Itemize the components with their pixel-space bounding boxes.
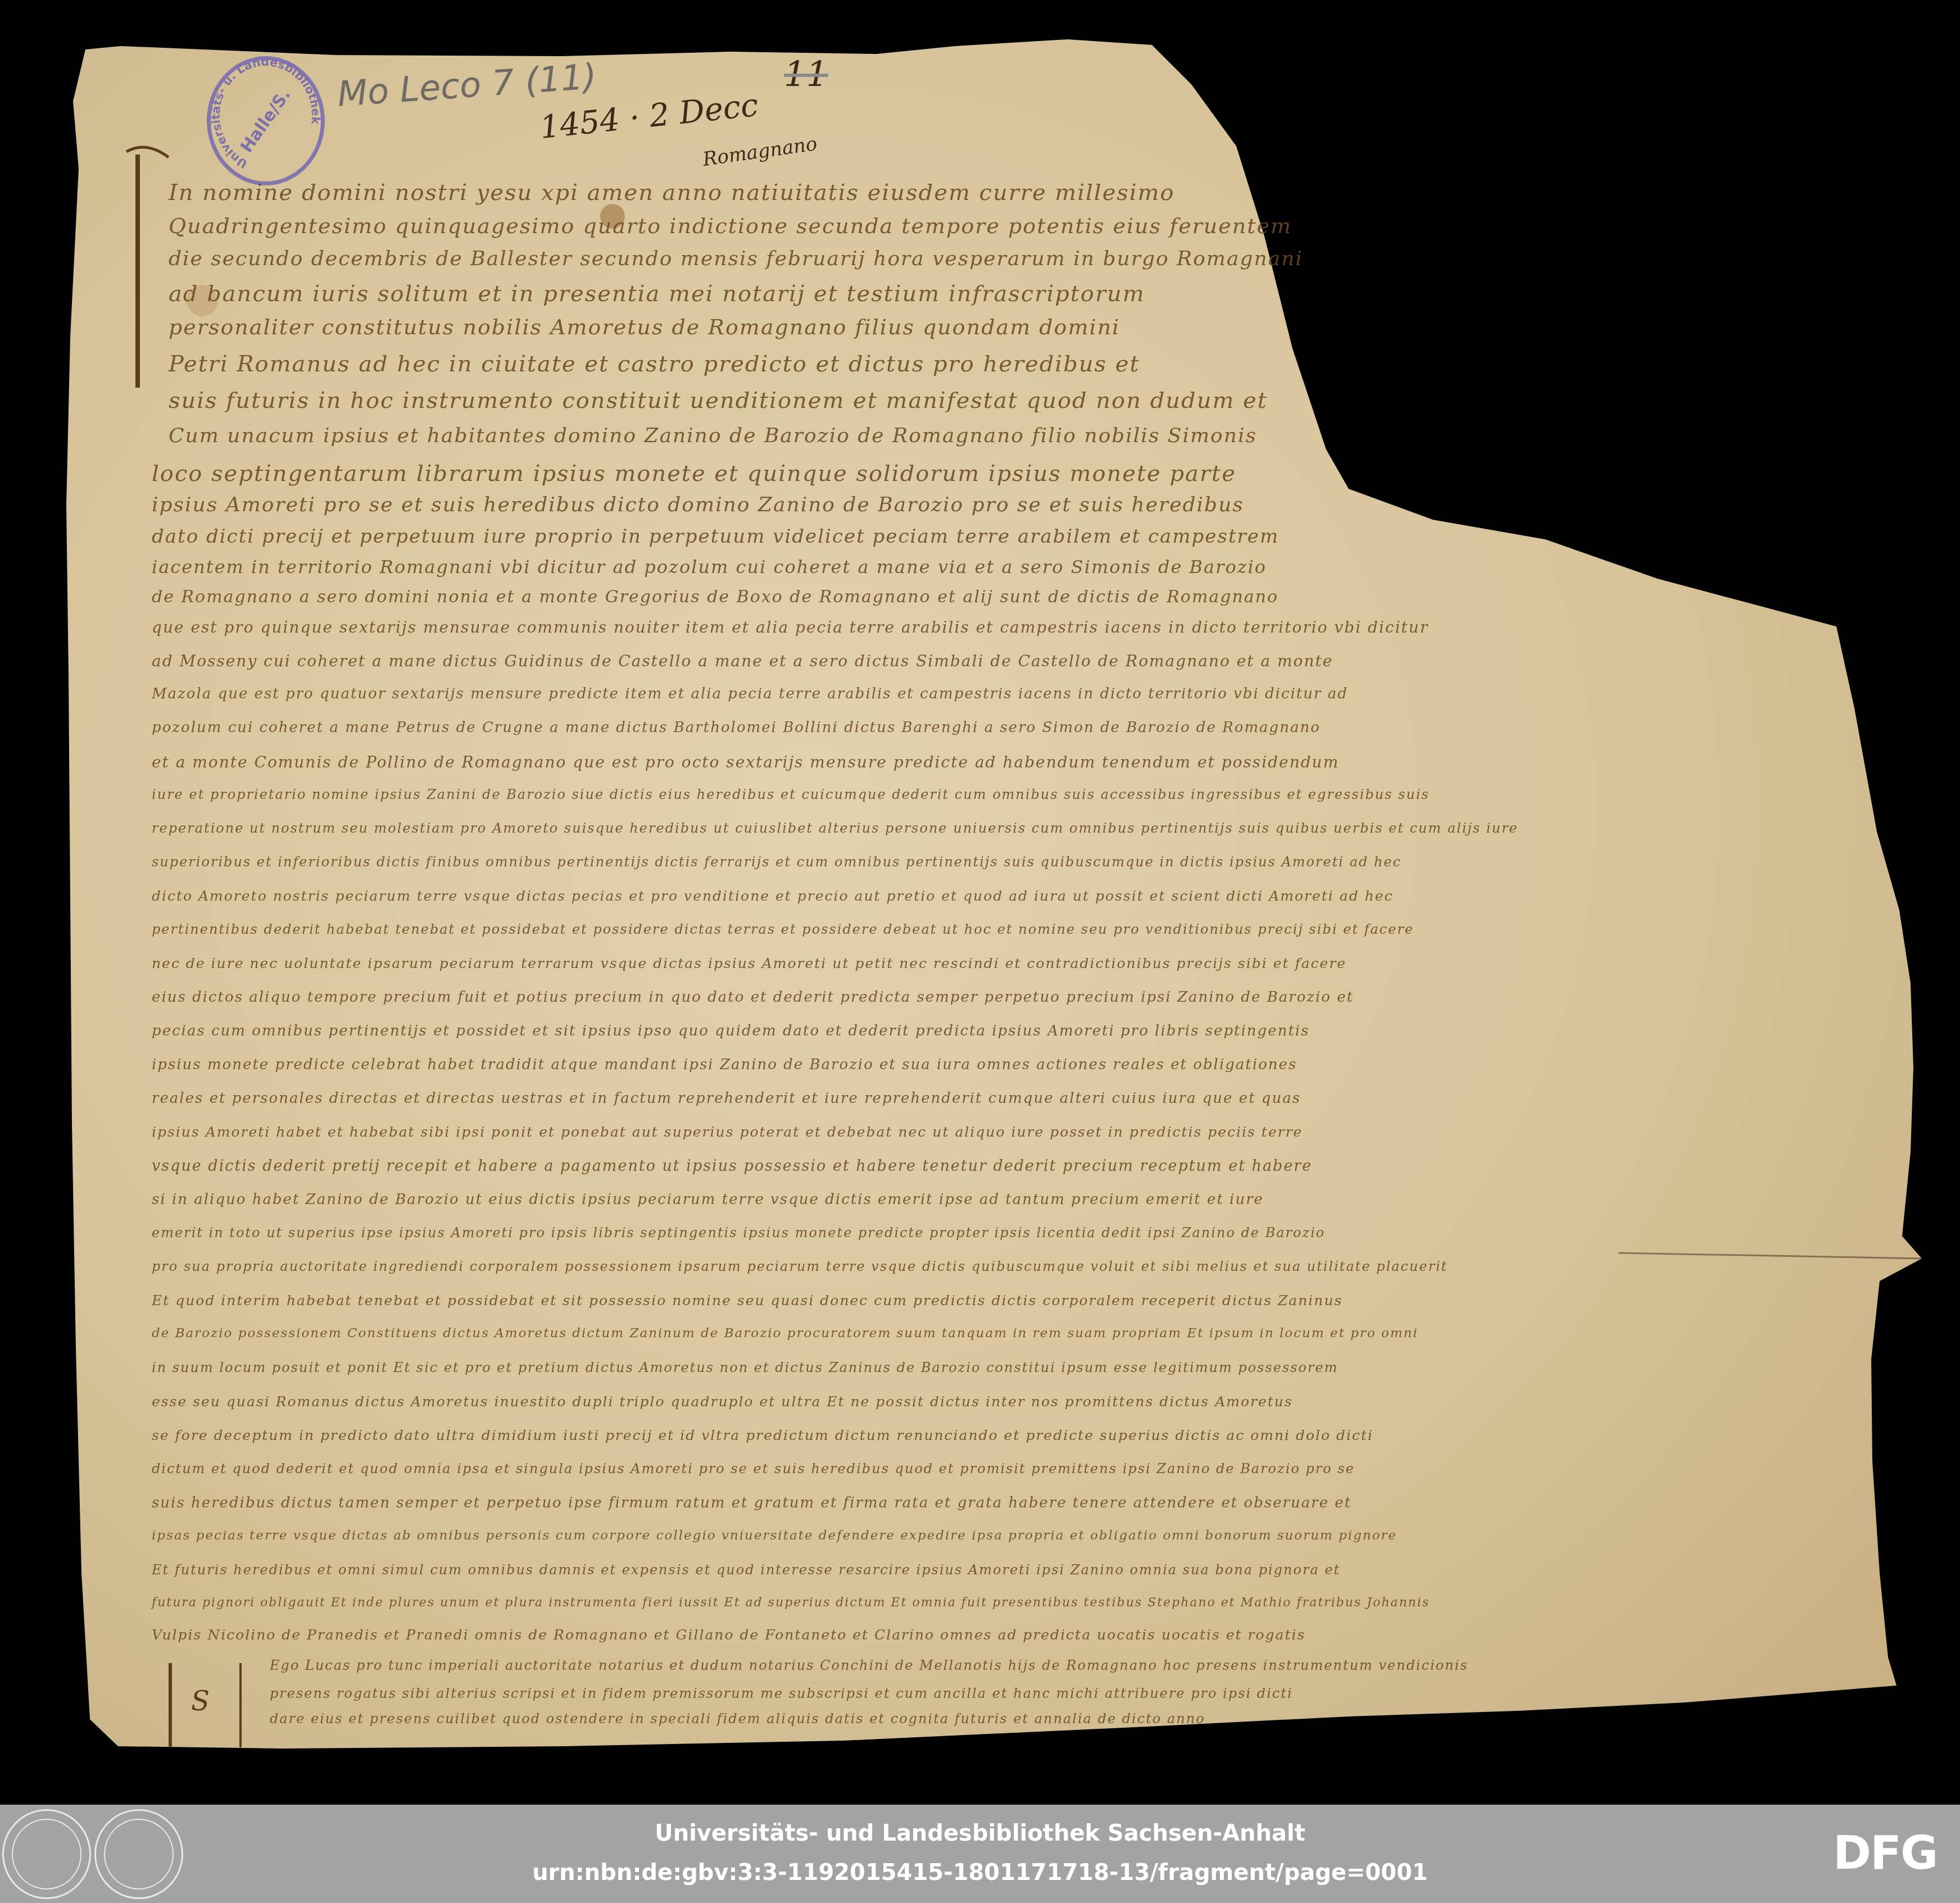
text-line: loco septingentarum librarum ipsius mone… bbox=[152, 461, 1236, 487]
text-line: se fore deceptum in predicto dato ultra … bbox=[152, 1427, 1373, 1443]
text-line: iacentem in territorio Romagnani vbi dic… bbox=[152, 556, 1267, 578]
text-line: nec de iure nec uoluntate ipsarum peciar… bbox=[152, 955, 1346, 971]
text-line: Quadringentesimo quinquagesimo quarto in… bbox=[169, 214, 1292, 238]
text-line: superioribus et inferioribus dictis fini… bbox=[152, 854, 1401, 870]
text-line: et a monte Comunis de Pollino de Romagna… bbox=[152, 753, 1339, 771]
text-line: dictum et quod dederit et quod omnia ips… bbox=[152, 1461, 1355, 1477]
text-line: de Barozio possessionem Constituens dict… bbox=[152, 1326, 1418, 1341]
text-line: Petri Romanus ad hec in ciuitate et cast… bbox=[169, 351, 1140, 377]
text-line: ipsius Amoreti habet et habebat sibi ips… bbox=[152, 1124, 1303, 1140]
text-line: ad Mosseny cui coheret a mane dictus Gui… bbox=[152, 652, 1333, 670]
text-line: futura pignori obligauit Et inde plures … bbox=[152, 1596, 1430, 1610]
struck-number: 11 bbox=[784, 53, 828, 94]
text-line: pro sua propria auctoritate ingrediendi … bbox=[152, 1259, 1448, 1274]
text-line: eius dictos aliquo tempore precium fuit … bbox=[152, 989, 1354, 1006]
text-line: ipsius Amoreti pro se et suis heredibus … bbox=[152, 493, 1244, 516]
text-line: suis heredibus dictus tamen semper et pe… bbox=[152, 1495, 1351, 1511]
library-stamp: Universitäts- u. Landesbibliothek Halle/… bbox=[207, 56, 325, 185]
text-line: esse seu quasi Romanus dictus Amoretus i… bbox=[152, 1393, 1293, 1410]
dfg-logo: DFG bbox=[1833, 1831, 1937, 1877]
text-line: si in aliquo habet Zanino de Barozio ut … bbox=[152, 1191, 1264, 1208]
text-line: Mazola que est pro quatuor sextarijs men… bbox=[152, 685, 1348, 702]
text-line: dato dicti precij et perpetuum iure prop… bbox=[152, 525, 1279, 548]
text-line: ad bancum iuris solitum et in presentia … bbox=[169, 281, 1145, 307]
text-line: die secundo decembris de Ballester secun… bbox=[169, 247, 1303, 270]
text-line: presens rogatus sibi alterius scripsi et… bbox=[270, 1686, 1293, 1701]
text-line: dare eius et presens cuilibet quod osten… bbox=[270, 1711, 1205, 1727]
text-line: de Romagnano a sero domini nonia et a mo… bbox=[152, 587, 1278, 607]
text-line: In nomine domini nostri yesu xpi amen an… bbox=[169, 180, 1011, 206]
text-line: reales et personales directas et directa… bbox=[152, 1090, 1301, 1107]
text-line: dicto Amoreto nostris peciarum terre vsq… bbox=[152, 888, 1394, 904]
text-line: ipsas pecias terre vsque dictas ab omnib… bbox=[152, 1528, 1397, 1543]
text-line: suis futuris in hoc instrumento constitu… bbox=[169, 388, 1268, 414]
text-line: in suum locum posuit et ponit Et sic et … bbox=[152, 1360, 1338, 1375]
manuscript-scan: Universitäts- u. Landesbibliothek Halle/… bbox=[0, 0, 1960, 1805]
text-line: reperatione ut nostrum seu molestiam pro… bbox=[152, 820, 1518, 836]
notarial-initial-letter: S bbox=[191, 1686, 210, 1717]
institution-name: Universitäts- und Landesbibliothek Sachs… bbox=[0, 1820, 1960, 1846]
text-line: Ego Lucas pro tunc imperiali auctoritate… bbox=[270, 1657, 1468, 1673]
text-line: emerit in toto ut superius ipse ipsius A… bbox=[152, 1225, 1325, 1241]
text-line: que est pro quinque sextarijs mensurae c… bbox=[152, 618, 1428, 637]
text-line: Et futuris heredibus et omni simul cum o… bbox=[152, 1562, 1340, 1578]
text-line: pozolum cui coheret a mane Petrus de Cru… bbox=[152, 719, 1321, 736]
text-line: ipsius monete predicte celebrat habet tr… bbox=[152, 1056, 1297, 1073]
text-line: iure et proprietario nomine ipsius Zanin… bbox=[152, 787, 1430, 802]
text-line: Vulpis Nicolino de Pranedis et Pranedi o… bbox=[152, 1627, 1305, 1643]
text-line: personaliter constitutus nobilis Amoretu… bbox=[169, 315, 1120, 339]
text-line: pertinentibus dederit habebat tenebat et… bbox=[152, 921, 1414, 937]
text-line: vsque dictis dederit pretij recepit et h… bbox=[152, 1157, 1312, 1175]
urn-identifier[interactable]: urn:nbn:de:gbv:3:3-1192015415-1801171718… bbox=[0, 1860, 1960, 1886]
text-line: Et quod interim habebat tenebat et possi… bbox=[152, 1292, 1342, 1309]
text-line: Cum unacum ipsius et habitantes domino Z… bbox=[169, 424, 1257, 447]
footer-bar: Universitäts- und Landesbibliothek Sachs… bbox=[0, 1805, 1960, 1903]
text-line: pecias cum omnibus pertinentijs et possi… bbox=[152, 1023, 1310, 1039]
